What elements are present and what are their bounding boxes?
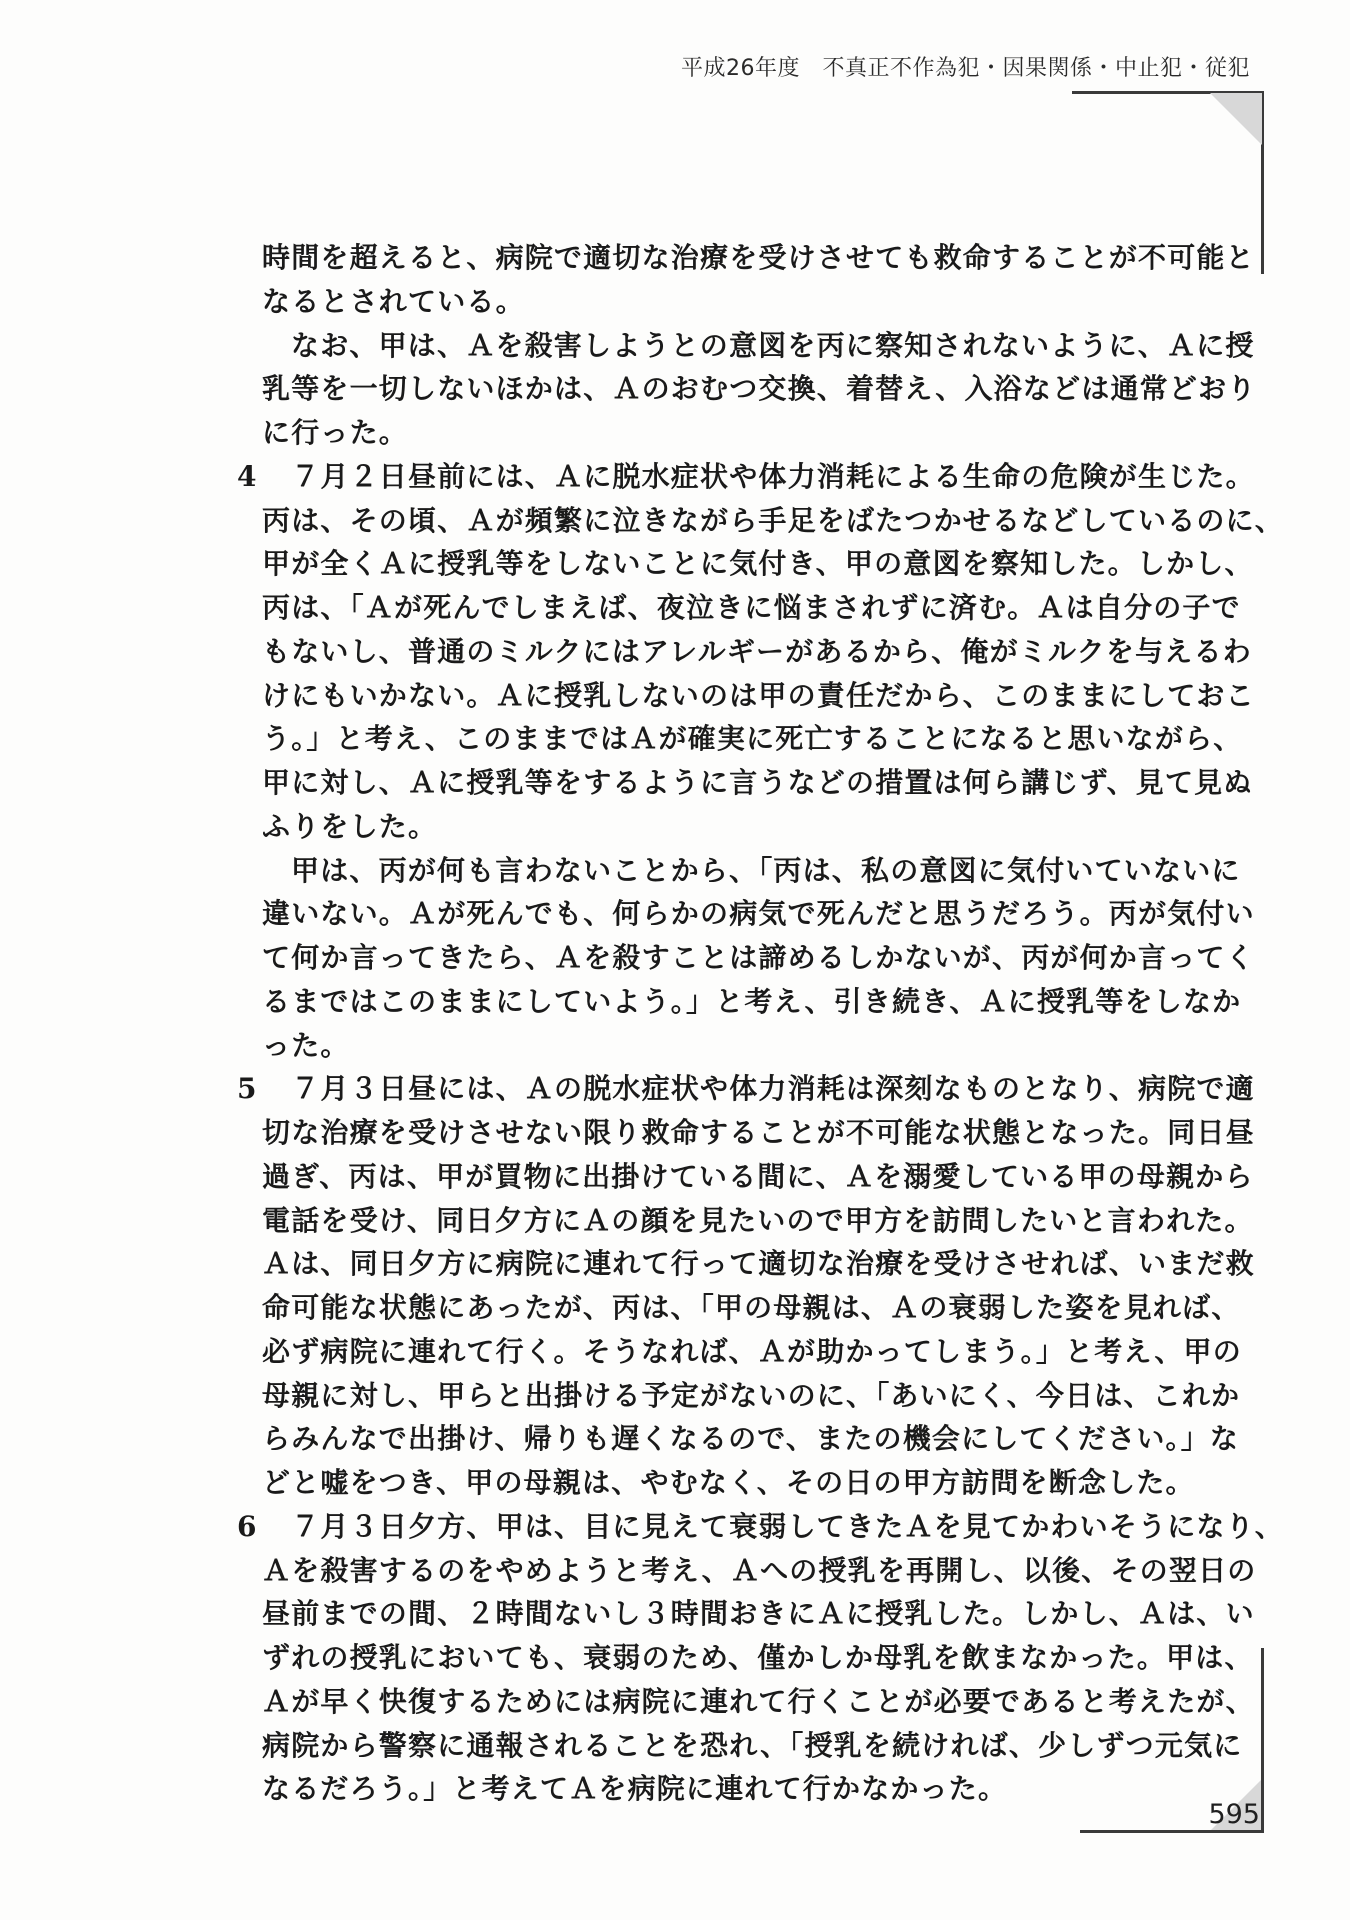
line-text: 甲は、丙が何も言わないことから、「丙は、私の意図に気付いていないに	[291, 854, 1241, 887]
text-line: もないし、普通のミルクにはアレルギーがあるから、俺がミルクを与えるわ	[262, 630, 1202, 674]
line-text: 甲に対し、Ａに授乳等をするように言うなどの措置は何ら講じず、見て見ぬ	[262, 766, 1253, 799]
bottom-corner-rule-vertical	[1261, 1648, 1264, 1833]
text-line: 6 ７月３日夕方、甲は、目に見えて衰弱してきたＡを見てかわいそうになり、	[262, 1505, 1202, 1549]
line-text: 命可能な状態にあったが、丙は、「甲の母親は、Ａの衰弱した姿を見れば、	[262, 1291, 1241, 1324]
text-line: 過ぎ、丙は、甲が買物に出掛けている間に、Ａを溺愛している甲の母親から	[262, 1155, 1202, 1199]
line-text: 母親に対し、甲らと出掛ける予定がないのに、「あいにく、今日は、これか	[262, 1379, 1240, 1412]
line-text: ずれの授乳においても、衰弱のため、僅かしか母乳を飲まなかった。甲は、	[262, 1641, 1254, 1674]
line-text: ７月２日昼前には、Ａに脱水症状や体力消耗による生命の危険が生じた。	[262, 460, 1255, 493]
text-line: 甲に対し、Ａに授乳等をするように言うなどの措置は何ら講じず、見て見ぬ	[262, 761, 1202, 805]
line-text: なるだろう。」と考えてＡを病院に連れて行かなかった。	[262, 1772, 1007, 1805]
text-line: Ａを殺害するのをやめようと考え、Ａへの授乳を再開し、以後、その翌日の	[262, 1549, 1202, 1593]
line-text: どと嘘をつき、甲の母親は、やむなく、その日の甲方訪問を断念した。	[262, 1466, 1195, 1499]
text-line: 必ず病院に連れて行く。そうなれば、Ａが助かってしまう。」と考え、甲の	[262, 1330, 1202, 1374]
line-text: けにもいかない。Ａに授乳しないのは甲の責任だから、このままにしておこ	[262, 679, 1255, 712]
text-line: 昼前までの間、２時間ないし３時間おきにＡに授乳した。しかし、Ａは、い	[262, 1592, 1202, 1636]
line-text: るまではこのままにしていよう。」と考え、引き続き、Ａに授乳等をしなか	[262, 985, 1241, 1018]
line-text: 昼前までの間、２時間ないし３時間おきにＡに授乳した。しかし、Ａは、い	[262, 1597, 1255, 1630]
line-text: Ａを殺害するのをやめようと考え、Ａへの授乳を再開し、以後、その翌日の	[262, 1554, 1256, 1587]
text-line: どと嘘をつき、甲の母親は、やむなく、その日の甲方訪問を断念した。	[262, 1461, 1202, 1505]
line-text: なお、甲は、Ａを殺害しようとの意図を丙に察知されないように、Ａに授	[291, 329, 1255, 362]
item-number: 4	[237, 455, 257, 499]
text-line: るまではこのままにしていよう。」と考え、引き続き、Ａに授乳等をしなか	[262, 980, 1202, 1024]
text-line: 母親に対し、甲らと出掛ける予定がないのに、「あいにく、今日は、これか	[262, 1374, 1202, 1418]
text-line: 違いない。Ａが死んでも、何らかの病気で死んだと思うだろう。丙が気付い	[262, 892, 1202, 936]
text-line: て何か言ってきたら、Ａを殺すことは諦めるしかないが、丙が何か言ってく	[262, 936, 1202, 980]
text-line: った。	[262, 1024, 1202, 1068]
text-line: 甲は、丙が何も言わないことから、「丙は、私の意図に気付いていないに	[262, 849, 1202, 893]
line-text: Ａが早く快復するためには病院に連れて行くことが必要であると考えたが、	[262, 1685, 1255, 1718]
text-line: Ａが早く快復するためには病院に連れて行くことが必要であると考えたが、	[262, 1680, 1202, 1724]
item-number: 6	[237, 1505, 257, 1549]
line-text: 病院から警察に通報されることを恐れ、「授乳を続ければ、少しずつ元気に	[262, 1729, 1242, 1762]
line-text: ７月３日昼には、Ａの脱水症状や体力消耗は深刻なものとなり、病院で適	[262, 1072, 1255, 1105]
body-text: 時間を超えると、病院で適切な治療を受けさせても救命することが不可能となるとされて…	[262, 236, 1202, 1811]
line-text: 切な治療を受けさせない限り救命することが不可能な状態となった。同日昼	[262, 1116, 1255, 1149]
text-line: 甲が全くＡに授乳等をしないことに気付き、甲の意図を察知した。しかし、	[262, 542, 1202, 586]
line-text: ７月３日夕方、甲は、目に見えて衰弱してきたＡを見てかわいそうになり、	[262, 1510, 1284, 1543]
text-line: Ａは、同日夕方に病院に連れて行って適切な治療を受けさせれば、いまだ救	[262, 1242, 1202, 1286]
text-line: ずれの授乳においても、衰弱のため、僅かしか母乳を飲まなかった。甲は、	[262, 1636, 1202, 1680]
line-text: なるとされている。	[262, 285, 525, 318]
text-line: 4 ７月２日昼前には、Ａに脱水症状や体力消耗による生命の危険が生じた。	[262, 455, 1202, 499]
text-line: 丙は、その頃、Ａが頻繁に泣きながら手足をばたつかせるなどしているのに、	[262, 499, 1202, 543]
line-text: った。	[262, 1029, 350, 1062]
line-text: 丙は、「Ａが死んでしまえば、夜泣きに悩まされずに済む。Ａは自分の子で	[262, 591, 1241, 624]
text-line: 時間を超えると、病院で適切な治療を受けさせても救命することが不可能と	[262, 236, 1202, 280]
text-line: なるとされている。	[262, 280, 1202, 324]
text-line: なお、甲は、Ａを殺害しようとの意図を丙に察知されないように、Ａに授	[262, 324, 1202, 368]
line-text: 甲が全くＡに授乳等をしないことに気付き、甲の意図を察知した。しかし、	[262, 547, 1254, 580]
line-text: 過ぎ、丙は、甲が買物に出掛けている間に、Ａを溺愛している甲の母親から	[262, 1160, 1254, 1193]
line-text: 時間を超えると、病院で適切な治療を受けさせても救命することが不可能と	[262, 241, 1255, 274]
text-line: ふりをした。	[262, 805, 1202, 849]
line-text: らみんなで出掛け、帰りも遅くなるので、またの機会にしてください。」な	[262, 1422, 1239, 1455]
text-line: けにもいかない。Ａに授乳しないのは甲の責任だから、このままにしておこ	[262, 674, 1202, 718]
line-text: 必ず病院に連れて行く。そうなれば、Ａが助かってしまう。」と考え、甲の	[262, 1335, 1242, 1368]
text-line: 乳等を一切しないほかは、Ａのおむつ交換、着替え、入浴などは通常どおり	[262, 367, 1202, 411]
line-text: に行った。	[262, 416, 408, 449]
text-line: 切な治療を受けさせない限り救命することが不可能な状態となった。同日昼	[262, 1111, 1202, 1155]
text-line: う。」と考え、このままではＡが確実に死亡することになると思いながら、	[262, 717, 1202, 761]
text-line: に行った。	[262, 411, 1202, 455]
line-text: 違いない。Ａが死んでも、何らかの病気で死んだと思うだろう。丙が気付い	[262, 897, 1255, 930]
line-text: 乳等を一切しないほかは、Ａのおむつ交換、着替え、入浴などは通常どおり	[262, 372, 1256, 405]
text-line: 電話を受け、同日夕方にＡの顔を見たいので甲方を訪問したいと言われた。	[262, 1199, 1202, 1243]
line-text: もないし、普通のミルクにはアレルギーがあるから、俺がミルクを与えるわ	[262, 635, 1252, 668]
line-text: て何か言ってきたら、Ａを殺すことは諦めるしかないが、丙が何か言ってく	[262, 941, 1255, 974]
line-text: 電話を受け、同日夕方にＡの顔を見たいので甲方を訪問したいと言われた。	[262, 1204, 1254, 1237]
line-text: Ａは、同日夕方に病院に連れて行って適切な治療を受けさせれば、いまだ救	[262, 1247, 1255, 1280]
text-line: なるだろう。」と考えてＡを病院に連れて行かなかった。	[262, 1767, 1202, 1811]
text-line: 命可能な状態にあったが、丙は、「甲の母親は、Ａの衰弱した姿を見れば、	[262, 1286, 1202, 1330]
page-number: 595	[1200, 1800, 1260, 1830]
text-line: 5 ７月３日昼には、Ａの脱水症状や体力消耗は深刻なものとなり、病院で適	[262, 1067, 1202, 1111]
line-text: ふりをした。	[262, 810, 437, 843]
top-corner-triangle-icon	[1210, 93, 1262, 145]
text-line: 丙は、「Ａが死んでしまえば、夜泣きに悩まされずに済む。Ａは自分の子で	[262, 586, 1202, 630]
running-header: 平成26年度 不真正不作為犯・因果関係・中止犯・従犯	[681, 54, 1250, 84]
text-line: 病院から警察に通報されることを恐れ、「授乳を続ければ、少しずつ元気に	[262, 1724, 1202, 1768]
line-text: 丙は、その頃、Ａが頻繁に泣きながら手足をばたつかせるなどしているのに、	[262, 504, 1284, 537]
bottom-corner-rule-horizontal	[1080, 1830, 1264, 1833]
text-line: らみんなで出掛け、帰りも遅くなるので、またの機会にしてください。」な	[262, 1417, 1202, 1461]
item-number: 5	[237, 1067, 257, 1111]
line-text: う。」と考え、このままではＡが確実に死亡することになると思いながら、	[262, 722, 1242, 755]
